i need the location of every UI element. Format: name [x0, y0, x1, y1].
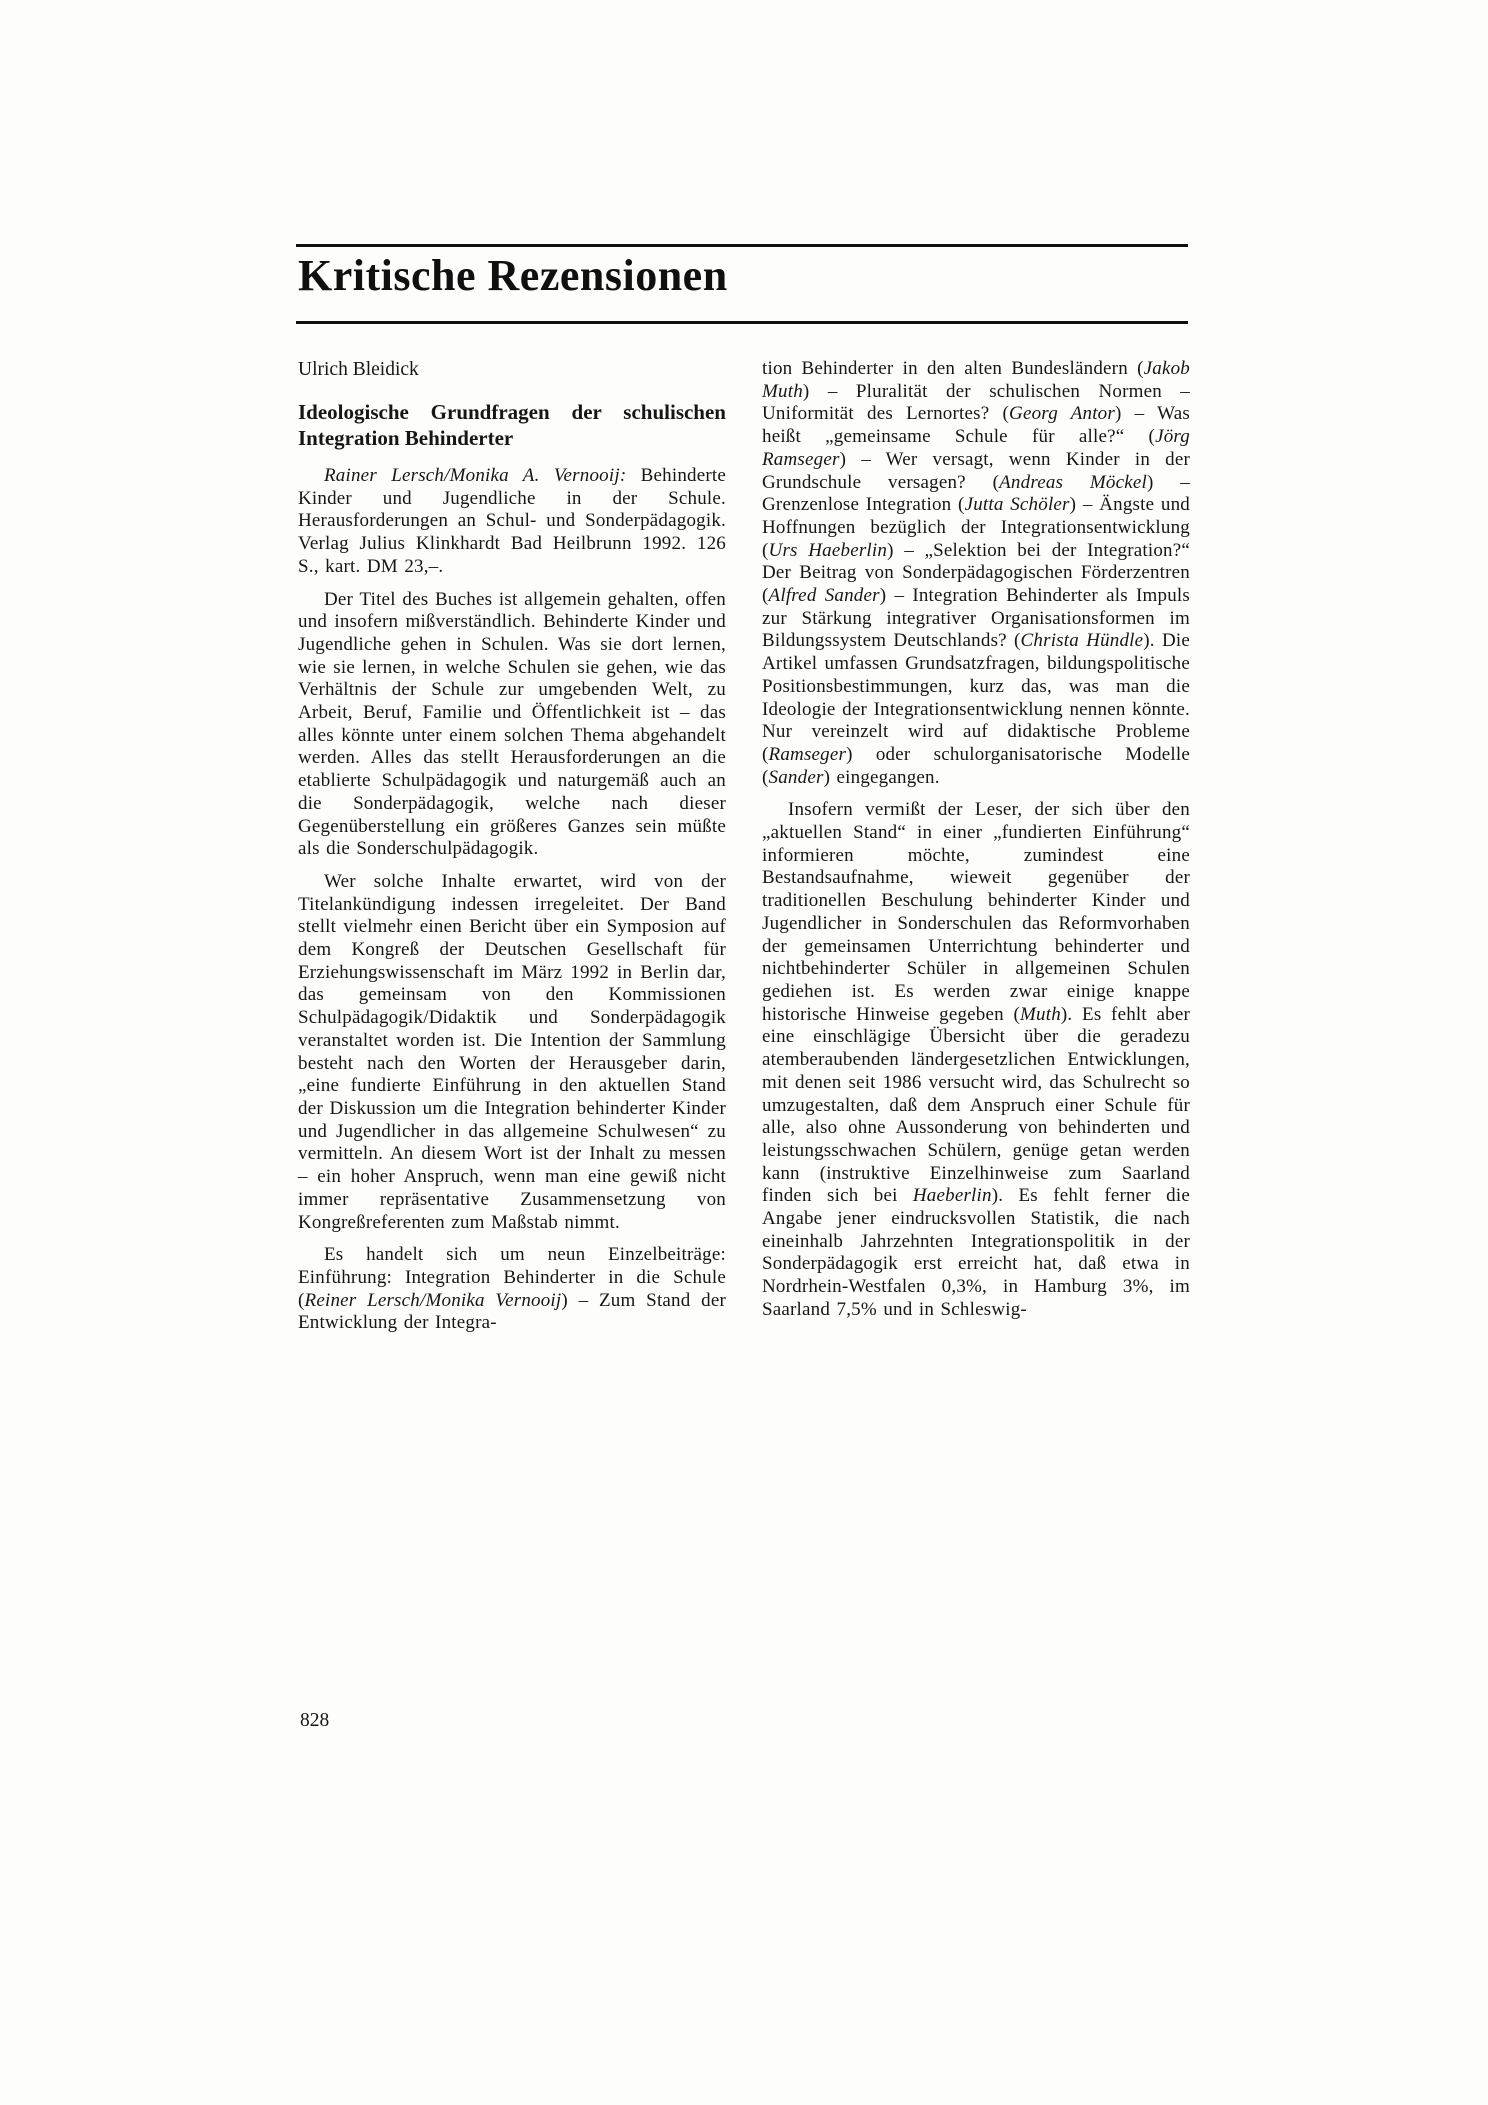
two-column-text-block: Ulrich Bleidick Ideologische Grundfragen…: [298, 358, 1190, 1345]
paragraph: Wer solche Inhalte erwartet, wird von de…: [298, 871, 726, 1234]
header-rule-bottom: [296, 321, 1188, 324]
paragraph: Insofern vermißt der Leser, der sich übe…: [762, 799, 1190, 1321]
section-title: Kritische Rezensionen: [298, 250, 728, 301]
scanned-journal-page: Kritische Rezensionen Ulrich Bleidick Id…: [0, 0, 1488, 2105]
paragraph-continuation: tion Behinderter in den alten Bundesländ…: [762, 358, 1190, 789]
page-number: 828: [300, 1710, 329, 1732]
left-column: Ulrich Bleidick Ideologische Grundfragen…: [298, 358, 726, 1345]
paragraph: Es handelt sich um neun Einzelbeiträge: …: [298, 1244, 726, 1335]
review-title: Ideologische Grundfragen der schulischen…: [298, 399, 726, 451]
reviewer-name: Ulrich Bleidick: [298, 358, 726, 381]
bibliographic-reference: Rainer Lersch/Monika A. Vernooij: Behind…: [298, 465, 726, 579]
right-column: tion Behinderter in den alten Bundesländ…: [762, 358, 1190, 1345]
paragraph: Der Titel des Buches ist allgemein gehal…: [298, 589, 726, 861]
header-rule-top: [296, 244, 1188, 247]
